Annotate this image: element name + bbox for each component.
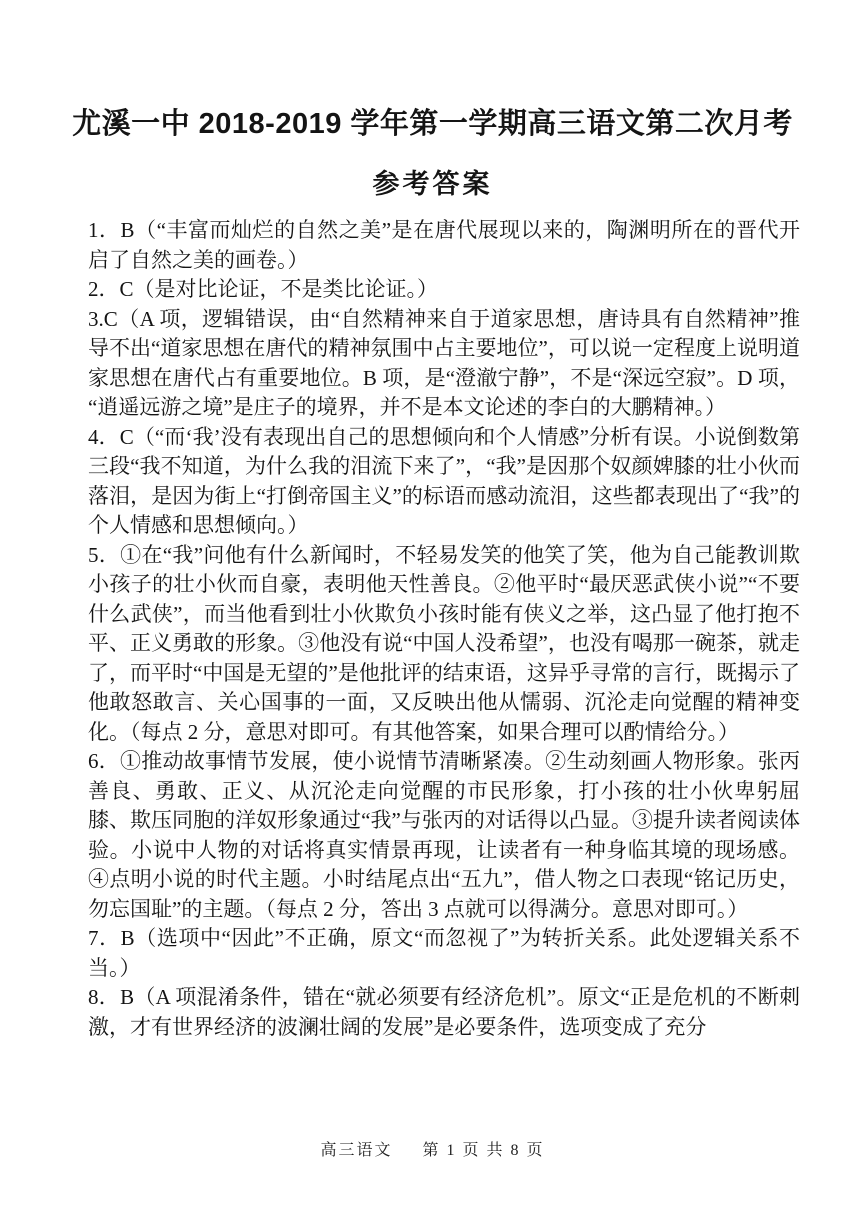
answer-item: 2．C（是对比论证，不是类比论证。） xyxy=(88,275,800,305)
answer-item: 4．C（“而‘我’没有表现出自己的思想倾向和个人情感”分析有误。小说倒数第三段“… xyxy=(88,423,800,541)
footer-subject-label: 高三语文 xyxy=(320,1142,392,1159)
document-subtitle: 参考答案 xyxy=(0,162,865,201)
answer-item: 5．①在“我”问他有什么新闻时，不轻易发笑的他笑了笑，他为自己能教训欺小孩子的壮… xyxy=(88,541,800,748)
document-title: 尤溪一中 2018-2019 学年第一学期高三语文第二次月考 xyxy=(0,101,865,142)
answer-item: 7．B（选项中“因此”不正确，原文“而忽视了”为转折关系。此处逻辑关系不当。） xyxy=(88,924,800,983)
answer-item: 1．B（“丰富而灿烂的自然之美”是在唐代展现以来的，陶渊明所在的晋代开启了自然之… xyxy=(88,216,800,275)
answers-list: 1．B（“丰富而灿烂的自然之美”是在唐代展现以来的，陶渊明所在的晋代开启了自然之… xyxy=(88,216,800,1042)
answer-item: 8．B（A 项混淆条件，错在“就必须要有经济危机”。原文“正是危机的不断刺激，才… xyxy=(88,983,800,1042)
exam-answer-page: 尤溪一中 2018-2019 学年第一学期高三语文第二次月考 参考答案 1．B（… xyxy=(0,0,865,1224)
answer-item: 6．①推动故事情节发展，使小说情节清晰紧凑。②生动刻画人物形象。张丙善良、勇敢、… xyxy=(88,747,800,924)
footer-page-number: 第 1 页 共 8 页 xyxy=(423,1142,545,1159)
answer-item: 3.C（A 项，逻辑错误，由“自然精神来自于道家思想，唐诗具有自然精神”推导不出… xyxy=(88,305,800,423)
page-footer: 高三语文第 1 页 共 8 页 xyxy=(0,1137,865,1160)
